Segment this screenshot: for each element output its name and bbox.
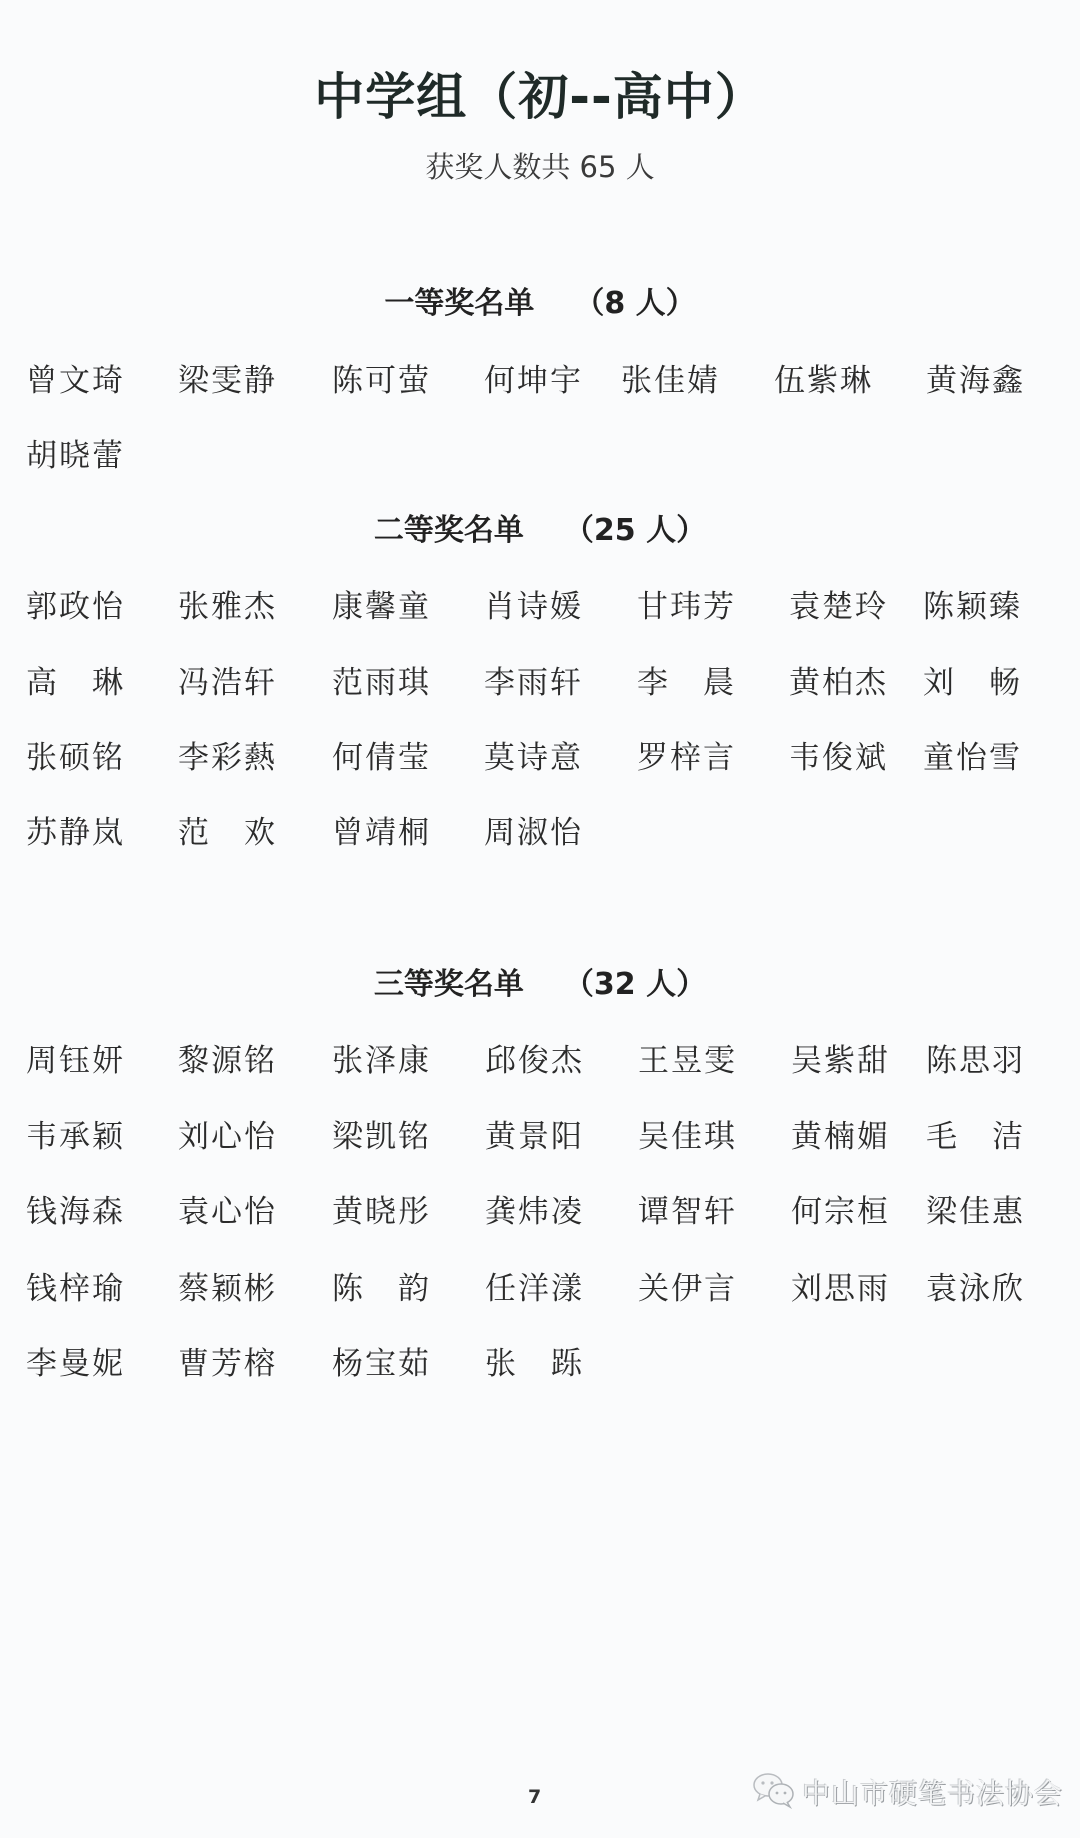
name-char: 爇 xyxy=(244,738,276,778)
name-char: 欣 xyxy=(992,1269,1024,1309)
wechat-icon xyxy=(752,1770,796,1814)
name-char: 凌 xyxy=(551,1192,583,1232)
name-char: 吴 xyxy=(638,1117,670,1157)
name-entry: 龚炜凌 xyxy=(485,1192,583,1232)
name-char: 曹 xyxy=(178,1344,210,1384)
name-entry: 梁佳惠 xyxy=(926,1192,1024,1232)
name-char: 言 xyxy=(704,1269,736,1309)
name-char: 陈 xyxy=(923,587,955,627)
name-char: 楚 xyxy=(822,587,854,627)
name-char: 何 xyxy=(791,1192,823,1232)
name-char: 黄 xyxy=(926,361,958,401)
name-entry: 黄景阳 xyxy=(485,1117,583,1157)
name-char: 紫 xyxy=(807,361,839,401)
watermark: 中山市硬笔书法协会 xyxy=(752,1772,1063,1812)
name-char: 媚 xyxy=(857,1117,889,1157)
name-entry: 肖诗媛 xyxy=(484,587,582,627)
name-char: 张 xyxy=(178,587,210,627)
name-char: 张 xyxy=(485,1344,517,1384)
name-char: 陈 xyxy=(332,361,364,401)
name-char: 冯 xyxy=(178,663,210,703)
name-char: 雯 xyxy=(704,1041,736,1081)
name-char: 漾 xyxy=(551,1269,583,1309)
name-entry: 陈思羽 xyxy=(926,1041,1024,1081)
name-char: 榕 xyxy=(244,1344,276,1384)
name-entry: 陈可萤 xyxy=(332,361,430,401)
name-entry: 冯浩轩 xyxy=(178,663,276,703)
section-heading: 三等奖名单 xyxy=(374,967,524,1002)
name-char: 蕾 xyxy=(92,436,124,476)
name-char: 佳 xyxy=(671,1117,703,1157)
name-entry: 童怡雪 xyxy=(923,738,1021,778)
name-char: 紫 xyxy=(824,1041,856,1081)
name-char: 陈 xyxy=(926,1041,958,1081)
name-char: 怡 xyxy=(92,587,124,627)
name-char: 雅 xyxy=(211,587,243,627)
name-entry: 陈颖臻 xyxy=(923,587,1021,627)
name-char: 晓 xyxy=(365,1192,397,1232)
name-entry: 邱俊杰 xyxy=(485,1041,583,1081)
name-entry: 张硕铭 xyxy=(26,738,124,778)
name-char: 炜 xyxy=(518,1192,550,1232)
name-char: 心 xyxy=(211,1117,243,1157)
name-char: 颖 xyxy=(956,587,988,627)
award-total-subtitle: 获奖人数共 65 人 xyxy=(0,148,1080,186)
name-char: 桓 xyxy=(857,1192,889,1232)
name-char: 婧 xyxy=(687,361,719,401)
name-char: 彬 xyxy=(244,1269,276,1309)
name-char: 岚 xyxy=(92,813,124,853)
name-entry: 李雨轩 xyxy=(484,663,582,703)
name-char: 龚 xyxy=(485,1192,517,1232)
name-char: 李 xyxy=(26,1344,58,1384)
name-char: 曾 xyxy=(26,361,58,401)
name-entry: 梁凯铭 xyxy=(332,1117,430,1157)
name-char: 韦 xyxy=(26,1117,58,1157)
name-char: 琳 xyxy=(92,663,124,703)
name-char: 刘 xyxy=(791,1269,823,1309)
name-char: 曼 xyxy=(59,1344,91,1384)
name-char: 跞 xyxy=(551,1344,583,1384)
name-char: 周 xyxy=(484,813,516,853)
name-char: 袁 xyxy=(789,587,821,627)
name-entry: 何坤宇 xyxy=(484,361,582,401)
name-char: 雨 xyxy=(365,663,397,703)
name-entry: 罗梓言 xyxy=(637,738,735,778)
name-char: 李 xyxy=(484,663,516,703)
name-char: 钱 xyxy=(26,1269,58,1309)
name-char: 桐 xyxy=(398,813,430,853)
name-char: 承 xyxy=(59,1117,91,1157)
name-entry: 毛洁 xyxy=(926,1117,1024,1157)
name-char: 心 xyxy=(211,1192,243,1232)
name-char: 泽 xyxy=(365,1041,397,1081)
name-char: 童 xyxy=(923,738,955,778)
name-char: 怡 xyxy=(244,1192,276,1232)
name-entry: 曹芳榕 xyxy=(178,1344,276,1384)
name-entry: 关伊言 xyxy=(638,1269,736,1309)
name-char: 梓 xyxy=(670,738,702,778)
name-char: 宇 xyxy=(550,361,582,401)
name-char: 阳 xyxy=(551,1117,583,1157)
name-char: 俊 xyxy=(518,1041,550,1081)
section-count: （25 人） xyxy=(564,513,706,548)
name-entry: 韦承颖 xyxy=(26,1117,124,1157)
name-char: 韦 xyxy=(789,738,821,778)
name-entry: 张佳婧 xyxy=(621,361,719,401)
name-char: 楠 xyxy=(824,1117,856,1157)
name-char: 玲 xyxy=(855,587,887,627)
name-char: 张 xyxy=(26,738,58,778)
name-char: 梁 xyxy=(332,1117,364,1157)
name-entry: 莫诗意 xyxy=(484,738,582,778)
page-number: 7 xyxy=(528,1784,541,1810)
name-char: 媛 xyxy=(550,587,582,627)
name-char: 周 xyxy=(26,1041,58,1081)
section-count: （8 人） xyxy=(574,286,695,321)
name-char: 张 xyxy=(621,361,653,401)
name-char: 胡 xyxy=(26,436,58,476)
name-entry: 谭智轩 xyxy=(638,1192,736,1232)
name-char: 柏 xyxy=(822,663,854,703)
watermark-text: 中山市硬笔书法协会 xyxy=(802,1772,1063,1812)
name-entry: 高琳 xyxy=(26,663,124,703)
name-entry: 伍紫琳 xyxy=(774,361,872,401)
name-char: 铭 xyxy=(244,1041,276,1081)
name-char: 俊 xyxy=(822,738,854,778)
name-char: 静 xyxy=(59,813,91,853)
name-entry: 刘畅 xyxy=(923,663,1021,703)
page-title: 中学组（初--高中） xyxy=(0,68,1080,126)
name-char: 关 xyxy=(638,1269,670,1309)
name-char: 梁 xyxy=(926,1192,958,1232)
name-entry: 周淑怡 xyxy=(484,813,582,853)
name-char: 琦 xyxy=(92,361,124,401)
name-char: 鑫 xyxy=(992,361,1024,401)
name-entry: 刘思雨 xyxy=(791,1269,889,1309)
name-char: 臻 xyxy=(989,587,1021,627)
name-char: 梁 xyxy=(178,361,210,401)
name-char: 彤 xyxy=(398,1192,430,1232)
name-char: 馨 xyxy=(365,587,397,627)
name-char: 黎 xyxy=(178,1041,210,1081)
name-char: 铭 xyxy=(398,1117,430,1157)
name-char: 畅 xyxy=(989,663,1021,703)
name-char: 晨 xyxy=(703,663,735,703)
name-char: 凯 xyxy=(365,1117,397,1157)
name-char: 颖 xyxy=(92,1117,124,1157)
name-char: 罗 xyxy=(637,738,669,778)
name-entry: 杨宝茹 xyxy=(332,1344,430,1384)
name-char: 洁 xyxy=(992,1117,1024,1157)
name-char: 洋 xyxy=(518,1269,550,1309)
name-entry: 吴紫甜 xyxy=(791,1041,889,1081)
name-entry: 刘心怡 xyxy=(178,1117,276,1157)
name-entry: 何宗桓 xyxy=(791,1192,889,1232)
name-entry: 范欢 xyxy=(178,813,276,853)
name-entry: 钱海森 xyxy=(26,1192,124,1232)
name-char: 钱 xyxy=(26,1192,58,1232)
name-char: 妍 xyxy=(92,1041,124,1081)
name-entry: 张泽康 xyxy=(332,1041,430,1081)
name-entry: 黎源铭 xyxy=(178,1041,276,1081)
name-char: 范 xyxy=(178,813,210,853)
name-entry: 何倩莹 xyxy=(332,738,430,778)
name-char: 杨 xyxy=(332,1344,364,1384)
name-char: 琪 xyxy=(398,663,430,703)
name-char: 刘 xyxy=(923,663,955,703)
name-char: 茹 xyxy=(398,1344,430,1384)
name-char: 靖 xyxy=(365,813,397,853)
name-entry: 甘玮芳 xyxy=(637,587,735,627)
name-char: 杰 xyxy=(551,1041,583,1081)
name-char: 欢 xyxy=(244,813,276,853)
name-entry: 苏静岚 xyxy=(26,813,124,853)
name-entry: 李曼妮 xyxy=(26,1344,124,1384)
name-char: 康 xyxy=(332,587,364,627)
name-char: 文 xyxy=(59,361,91,401)
name-char: 雨 xyxy=(857,1269,889,1309)
name-char: 轩 xyxy=(704,1192,736,1232)
name-char: 甜 xyxy=(857,1041,889,1081)
name-char: 李 xyxy=(637,663,669,703)
name-char: 轩 xyxy=(244,663,276,703)
name-char: 意 xyxy=(550,738,582,778)
name-char: 佳 xyxy=(654,361,686,401)
section-count: （32 人） xyxy=(564,967,706,1002)
name-char: 琪 xyxy=(704,1117,736,1157)
name-char: 智 xyxy=(671,1192,703,1232)
name-entry: 曾文琦 xyxy=(26,361,124,401)
name-entry: 郭政怡 xyxy=(26,587,124,627)
section-header: 一等奖名单（8 人） xyxy=(0,284,1080,324)
name-char: 黄 xyxy=(332,1192,364,1232)
name-char: 雯 xyxy=(211,361,243,401)
name-char: 思 xyxy=(824,1269,856,1309)
name-char: 任 xyxy=(485,1269,517,1309)
name-char: 彩 xyxy=(211,738,243,778)
name-char: 黄 xyxy=(791,1117,823,1157)
name-entry: 黄楠媚 xyxy=(791,1117,889,1157)
name-char: 吴 xyxy=(791,1041,823,1081)
name-char: 范 xyxy=(332,663,364,703)
name-entry: 袁心怡 xyxy=(178,1192,276,1232)
name-char: 王 xyxy=(638,1041,670,1081)
name-entry: 黄晓彤 xyxy=(332,1192,430,1232)
name-char: 谭 xyxy=(638,1192,670,1232)
section-header: 二等奖名单（25 人） xyxy=(0,511,1080,551)
name-char: 诗 xyxy=(517,587,549,627)
name-entry: 周钰妍 xyxy=(26,1041,124,1081)
name-char: 李 xyxy=(178,738,210,778)
name-char: 伍 xyxy=(774,361,806,401)
name-char: 蔡 xyxy=(178,1269,210,1309)
name-entry: 袁泳欣 xyxy=(926,1269,1024,1309)
name-entry: 黄海鑫 xyxy=(926,361,1024,401)
name-entry: 康馨童 xyxy=(332,587,430,627)
name-char: 何 xyxy=(332,738,364,778)
name-char: 芳 xyxy=(211,1344,243,1384)
name-char: 雪 xyxy=(989,738,1021,778)
name-char: 康 xyxy=(398,1041,430,1081)
name-char: 郭 xyxy=(26,587,58,627)
name-entry: 任洋漾 xyxy=(485,1269,583,1309)
name-char: 琳 xyxy=(840,361,872,401)
name-char: 曾 xyxy=(332,813,364,853)
name-entry: 王昱雯 xyxy=(638,1041,736,1081)
name-char: 苏 xyxy=(26,813,58,853)
name-char: 斌 xyxy=(855,738,887,778)
name-char: 政 xyxy=(59,587,91,627)
name-entry: 陈韵 xyxy=(332,1269,430,1309)
name-char: 景 xyxy=(518,1117,550,1157)
name-entry: 李晨 xyxy=(637,663,735,703)
name-char: 宗 xyxy=(824,1192,856,1232)
name-entry: 梁雯静 xyxy=(178,361,276,401)
name-char: 淑 xyxy=(517,813,549,853)
name-char: 高 xyxy=(26,663,58,703)
name-char: 惠 xyxy=(992,1192,1024,1232)
name-char: 陈 xyxy=(332,1269,364,1309)
name-entry: 范雨琪 xyxy=(332,663,430,703)
name-char: 怡 xyxy=(550,813,582,853)
name-char: 妮 xyxy=(92,1344,124,1384)
name-entry: 张雅杰 xyxy=(178,587,276,627)
name-char: 梓 xyxy=(59,1269,91,1309)
name-char: 邱 xyxy=(485,1041,517,1081)
name-char: 钰 xyxy=(59,1041,91,1081)
name-entry: 李彩爇 xyxy=(178,738,276,778)
name-char: 源 xyxy=(211,1041,243,1081)
section-heading: 二等奖名单 xyxy=(374,513,524,548)
name-char: 言 xyxy=(703,738,735,778)
name-char: 芳 xyxy=(703,587,735,627)
name-entry: 袁楚玲 xyxy=(789,587,887,627)
name-char: 玮 xyxy=(670,587,702,627)
name-char: 诗 xyxy=(517,738,549,778)
section-heading: 一等奖名单 xyxy=(384,286,534,321)
name-char: 黄 xyxy=(485,1117,517,1157)
name-char: 杰 xyxy=(244,587,276,627)
name-char: 思 xyxy=(959,1041,991,1081)
name-char: 张 xyxy=(332,1041,364,1081)
name-char: 肖 xyxy=(484,587,516,627)
name-char: 泳 xyxy=(959,1269,991,1309)
name-entry: 蔡颖彬 xyxy=(178,1269,276,1309)
name-char: 海 xyxy=(59,1192,91,1232)
name-char: 铭 xyxy=(92,738,124,778)
name-char: 静 xyxy=(244,361,276,401)
name-char: 雨 xyxy=(517,663,549,703)
name-char: 莫 xyxy=(484,738,516,778)
name-char: 毛 xyxy=(926,1117,958,1157)
name-char: 甘 xyxy=(637,587,669,627)
name-char: 佳 xyxy=(959,1192,991,1232)
name-char: 黄 xyxy=(789,663,821,703)
name-char: 何 xyxy=(484,361,516,401)
name-char: 硕 xyxy=(59,738,91,778)
name-char: 可 xyxy=(365,361,397,401)
name-char: 杰 xyxy=(855,663,887,703)
name-entry: 黄柏杰 xyxy=(789,663,887,703)
name-char: 晓 xyxy=(59,436,91,476)
name-char: 韵 xyxy=(398,1269,430,1309)
name-entry: 韦俊斌 xyxy=(789,738,887,778)
name-char: 昱 xyxy=(671,1041,703,1081)
name-char: 怡 xyxy=(956,738,988,778)
name-char: 坤 xyxy=(517,361,549,401)
name-char: 袁 xyxy=(178,1192,210,1232)
name-entry: 张跞 xyxy=(485,1344,583,1384)
name-char: 莹 xyxy=(398,738,430,778)
name-char: 轩 xyxy=(550,663,582,703)
name-char: 森 xyxy=(92,1192,124,1232)
name-char: 伊 xyxy=(671,1269,703,1309)
name-char: 宝 xyxy=(365,1344,397,1384)
name-char: 倩 xyxy=(365,738,397,778)
name-char: 怡 xyxy=(244,1117,276,1157)
name-entry: 胡晓蕾 xyxy=(26,436,124,476)
name-char: 萤 xyxy=(398,361,430,401)
name-char: 颖 xyxy=(211,1269,243,1309)
name-entry: 吴佳琪 xyxy=(638,1117,736,1157)
name-entry: 钱梓瑜 xyxy=(26,1269,124,1309)
name-char: 浩 xyxy=(211,663,243,703)
name-char: 袁 xyxy=(926,1269,958,1309)
name-char: 海 xyxy=(959,361,991,401)
name-char: 羽 xyxy=(992,1041,1024,1081)
name-char: 刘 xyxy=(178,1117,210,1157)
section-header: 三等奖名单（32 人） xyxy=(0,965,1080,1005)
name-entry: 曾靖桐 xyxy=(332,813,430,853)
name-char: 瑜 xyxy=(92,1269,124,1309)
name-char: 童 xyxy=(398,587,430,627)
